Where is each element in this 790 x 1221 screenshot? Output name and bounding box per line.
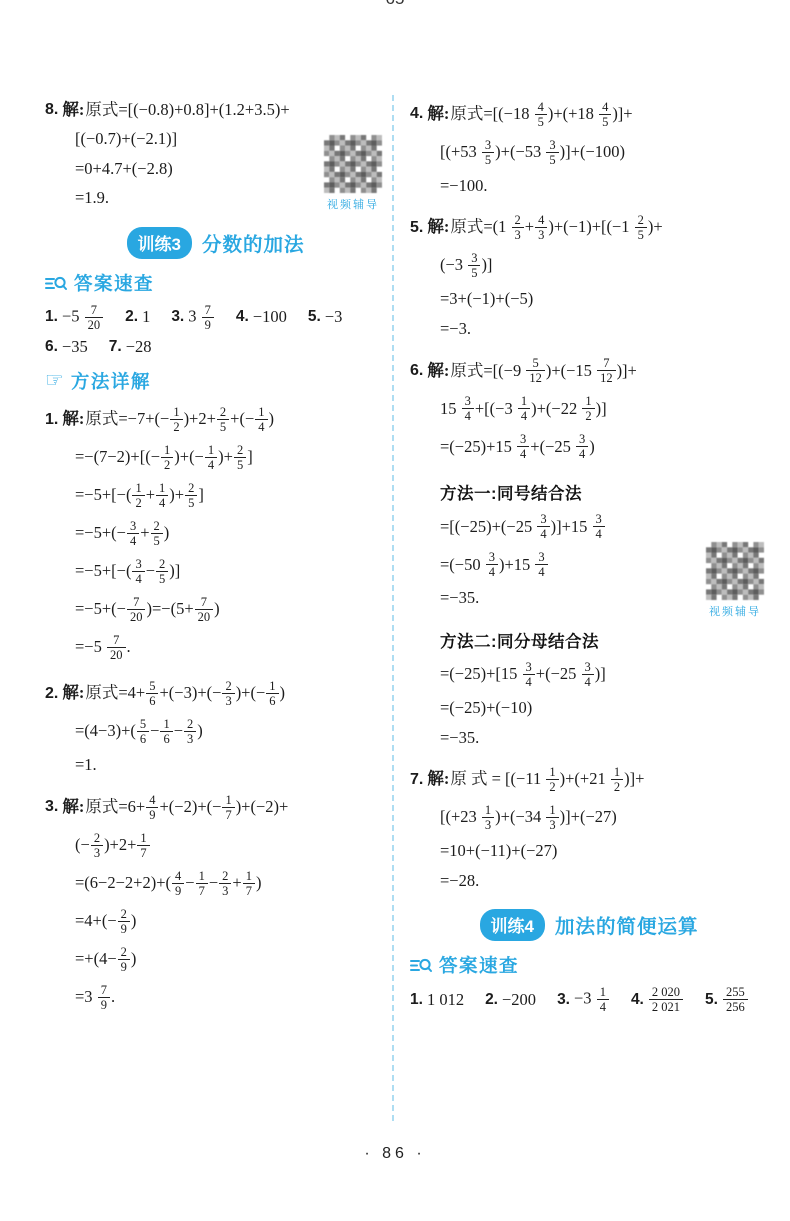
math-line: (−23)+2+17	[45, 826, 386, 864]
answer-number: 3.	[171, 308, 184, 326]
math-line: =3 79.	[45, 978, 386, 1016]
problem-solution: 3.解:原式=6+49+(−2)+(−17)+(−2)+(−23)+2+17=(…	[45, 788, 386, 1016]
training-header: 训练4加法的简便运算	[410, 909, 768, 941]
fraction: 720	[195, 595, 214, 624]
math-line: =−100.	[410, 171, 768, 201]
section-header: 答案速查	[45, 270, 386, 296]
training-badge: 训练4	[480, 909, 545, 941]
fraction: 56	[137, 717, 149, 746]
fraction: 17	[243, 869, 255, 898]
fraction: 25	[185, 481, 197, 510]
qr-code-image	[706, 542, 764, 600]
math-line: 3.解:原式=6+49+(−2)+(−17)+(−2)+	[45, 788, 386, 826]
answer-item: 6.−35	[45, 337, 88, 357]
answer-item: 3.3 79	[171, 303, 215, 332]
fraction: 720	[127, 595, 146, 624]
fraction: 79	[98, 983, 110, 1012]
answer-number: 7.	[109, 338, 122, 356]
fraction: 13	[482, 803, 494, 832]
column-divider	[392, 95, 394, 1121]
fraction: 43	[535, 213, 547, 242]
fraction: 34	[593, 512, 605, 541]
training-title: 加法的简便运算	[555, 911, 699, 939]
fraction: 13	[546, 803, 558, 832]
solution-label: 解:	[62, 100, 84, 121]
fraction: 35	[482, 138, 494, 167]
math-line: 7.解:原 式 = [(−11 12)+(+21 12)]+	[410, 761, 768, 799]
qr-code: 视频辅导	[322, 135, 384, 212]
fraction: 23	[222, 679, 234, 708]
problem-solution: 7.解:原 式 = [(−11 12)+(+21 12)]+[(+23 13)+…	[410, 761, 768, 896]
answer-item: 5.−3	[308, 307, 343, 327]
answer-item: 7.−28	[109, 337, 152, 357]
problem-number: 3.	[45, 797, 58, 817]
fraction: 56	[146, 679, 158, 708]
math-line: =−3.	[410, 314, 768, 344]
fraction: 23	[219, 869, 231, 898]
fraction: 34	[582, 660, 594, 689]
fraction: 17	[137, 831, 149, 860]
answer-value: 2 0202 021	[648, 985, 684, 1014]
math-line: 15 34+[(−3 14)+(−22 12)]	[410, 390, 768, 428]
solution-label: 解:	[427, 217, 449, 238]
math-line: 2.解:原式=4+56+(−3)+(−23)+(−16)	[45, 675, 386, 713]
math-line: =(6−2−2+2)+(49−17−23+17)	[45, 864, 386, 902]
answer-number: 2.	[485, 991, 498, 1009]
math-line: (−3 35)]	[410, 247, 768, 285]
section-header: 答案速查	[410, 952, 768, 978]
fraction: 34	[576, 432, 588, 461]
math-line: =−5+[−(12+14)+25]	[45, 477, 386, 515]
fraction: 12	[582, 394, 594, 423]
solution-label: 解:	[427, 769, 449, 790]
answers-row: 1.1 0122.−2003.−3 144.2 0202 0215.255256	[410, 985, 768, 1014]
fraction: 14	[597, 985, 609, 1014]
answer-value: −35	[62, 337, 88, 357]
fraction: 25	[156, 557, 168, 586]
left-column: 8.解:原式=[(−0.8)+0.8]+(1.2+3.5)+[(−0.7)+(−…	[45, 95, 386, 1121]
answers-row: 1.−5 7202.13.3 794.−1005.−3	[45, 303, 386, 332]
answer-number: 2.	[125, 308, 138, 326]
answer-value: −5 720	[62, 303, 104, 332]
math-line: 8.解:原式=[(−0.8)+0.8]+(1.2+3.5)+	[45, 95, 386, 125]
solution-continuation: =[(−25)+(−25 34)]+15 34=(−50 34)+15 34=−…	[410, 508, 768, 614]
fraction: 29	[118, 945, 130, 974]
math-line: =−35.	[410, 723, 768, 753]
math-line: =−5+(−34+25)	[45, 515, 386, 553]
fraction: 35	[468, 251, 480, 280]
math-line: =(4−3)+(56−16−23)	[45, 713, 386, 751]
answer-item: 3.−3 14	[557, 985, 610, 1014]
answer-value: 1 012	[427, 990, 464, 1010]
right-column: 4.解:原式=[(−18 45)+(+18 45)]+[(+53 35)+(−5…	[396, 95, 768, 1121]
solution-label: 解:	[62, 683, 84, 704]
hand-icon: ☞	[45, 370, 64, 391]
answer-number: 4.	[631, 991, 644, 1009]
method-label: 方法一:同号结合法	[410, 474, 768, 508]
math-line: =[(−25)+(−25 34)]+15 34	[410, 508, 768, 546]
qr-code: 视频辅导	[704, 542, 766, 619]
fraction: 45	[599, 100, 611, 129]
fraction: 12	[546, 765, 558, 794]
answer-number: 5.	[308, 308, 321, 326]
answer-value: −100	[253, 307, 287, 327]
math-line: 6.解:原式=[(−9 512)+(−15 712)]+	[410, 352, 768, 390]
fraction: 12	[170, 405, 182, 434]
search-icon	[45, 274, 67, 292]
section-title: 答案速查	[74, 270, 154, 296]
fraction: 720	[107, 633, 126, 662]
fraction: 14	[518, 394, 530, 423]
qr-code-image	[324, 135, 382, 193]
fraction: 49	[146, 793, 158, 822]
answer-item: 5.255256	[705, 985, 749, 1014]
math-line: =−5 720.	[45, 629, 386, 667]
fraction: 34	[486, 550, 498, 579]
answer-value: −3 14	[574, 985, 610, 1014]
math-line: 1.解:原式=−7+(−12)+2+25+(−14)	[45, 401, 386, 439]
solution-continuation: =(−25)+[15 34+(−25 34)]=(−25)+(−10)=−35.	[410, 656, 768, 753]
math-line: =10+(−11)+(−27)	[410, 837, 768, 867]
fraction: 34	[537, 512, 549, 541]
math-line: 5.解:原式=(1 23+43)+(−1)+[(−1 25)+	[410, 209, 768, 247]
math-line: =−28.	[410, 866, 768, 896]
fraction: 25	[151, 519, 163, 548]
answer-value: −28	[126, 337, 152, 357]
fraction: 29	[118, 907, 130, 936]
fraction: 17	[222, 793, 234, 822]
fraction: 79	[202, 303, 214, 332]
search-icon	[410, 956, 432, 974]
fraction: 14	[205, 443, 217, 472]
fraction: 34	[127, 519, 139, 548]
qr-code-label: 视频辅导	[322, 196, 384, 212]
math-line: =−5+(−720)=−(5+720)	[45, 591, 386, 629]
answer-item: 2.−200	[485, 990, 536, 1010]
fraction: 25	[234, 443, 246, 472]
solution-label: 解:	[427, 104, 449, 125]
problem-solution: 4.解:原式=[(−18 45)+(+18 45)]+[(+53 35)+(−5…	[410, 95, 768, 201]
problem-number: 4.	[410, 104, 423, 124]
fraction: 16	[266, 679, 278, 708]
math-line: =(−25)+[15 34+(−25 34)]	[410, 656, 768, 694]
answer-value: 1	[142, 307, 150, 327]
answer-value: 255256	[722, 985, 749, 1014]
answer-number: 6.	[45, 338, 58, 356]
math-line: =−(7−2)+[(−12)+(−14)+25]	[45, 439, 386, 477]
fraction: 34	[523, 660, 535, 689]
method-label: 方法二:同分母结合法	[410, 622, 768, 656]
math-line: =(−25)+(−10)	[410, 694, 768, 724]
math-line: =4+(−29)	[45, 902, 386, 940]
answer-item: 4.−100	[236, 307, 287, 327]
fraction: 23	[512, 213, 524, 242]
problem-number: 5.	[410, 218, 423, 238]
answer-value: 3 79	[188, 303, 215, 332]
fraction: 34	[517, 432, 529, 461]
math-line: =(−25)+15 34+(−25 34)	[410, 428, 768, 466]
problem-solution: 2.解:原式=4+56+(−3)+(−23)+(−16)=(4−3)+(56−1…	[45, 675, 386, 781]
training-header: 训练3分数的加法	[45, 227, 386, 259]
fraction: 35	[546, 138, 558, 167]
answer-item: 4.2 0202 021	[631, 985, 684, 1014]
answer-number: 4.	[236, 308, 249, 326]
answer-item: 1.−5 720	[45, 303, 104, 332]
problem-solution: 6.解:原式=[(−9 512)+(−15 712)]+15 34+[(−3 1…	[410, 352, 768, 466]
answers-row: 6.−357.−28	[45, 337, 386, 357]
math-line: [(+53 35)+(−53 35)]+(−100)	[410, 133, 768, 171]
solution-label: 解:	[427, 361, 449, 382]
two-column-layout: 8.解:原式=[(−0.8)+0.8]+(1.2+3.5)+[(−0.7)+(−…	[45, 95, 768, 1121]
fraction: 25	[635, 213, 647, 242]
fraction: 2 0202 021	[649, 985, 683, 1014]
problem-number: 1.	[45, 410, 58, 430]
fraction: 12	[161, 443, 173, 472]
math-line: [(+23 13)+(−34 13)]+(−27)	[410, 799, 768, 837]
problem-solution: 8.解:原式=[(−0.8)+0.8]+(1.2+3.5)+[(−0.7)+(−…	[45, 95, 386, 214]
fraction: 34	[462, 394, 474, 423]
fraction: 14	[156, 481, 168, 510]
fraction: 16	[160, 717, 172, 746]
fraction: 17	[196, 869, 208, 898]
fraction: 12	[132, 481, 144, 510]
problem-number: 8.	[45, 100, 58, 120]
solution-label: 解:	[62, 409, 84, 430]
page-number: · 86 ·	[0, 1145, 790, 1163]
math-line: =+(4−29)	[45, 940, 386, 978]
answer-value: −3	[325, 307, 343, 327]
fraction: 23	[184, 717, 196, 746]
fraction: 512	[526, 356, 545, 385]
answer-number: 1.	[410, 991, 423, 1009]
math-line: 4.解:原式=[(−18 45)+(+18 45)]+	[410, 95, 768, 133]
training-badge: 训练3	[127, 227, 192, 259]
fraction: 14	[255, 405, 267, 434]
problem-solution: 1.解:原式=−7+(−12)+2+25+(−14)=−(7−2)+[(−12)…	[45, 401, 386, 667]
answer-value: −200	[502, 990, 536, 1010]
answer-number: 1.	[45, 308, 58, 326]
answer-item: 1.1 012	[410, 990, 464, 1010]
qr-code-label: 视频辅导	[704, 603, 766, 619]
problem-number: 6.	[410, 361, 423, 381]
fraction: 45	[535, 100, 547, 129]
answer-number: 5.	[705, 991, 718, 1009]
fraction: 49	[172, 869, 184, 898]
fraction: 25	[217, 405, 229, 434]
training-title: 分数的加法	[202, 229, 305, 257]
answer-item: 2.1	[125, 307, 150, 327]
fraction: 23	[91, 831, 103, 860]
problem-solution: 5.解:原式=(1 23+43)+(−1)+[(−1 25)+(−3 35)]=…	[410, 209, 768, 344]
section-title: 方法详解	[71, 368, 151, 394]
section-header: ☞方法详解	[45, 368, 386, 394]
problem-number: 7.	[410, 770, 423, 790]
section-title: 答案速查	[439, 952, 519, 978]
math-line: =−5+[−(34−25)]	[45, 553, 386, 591]
fraction: 34	[535, 550, 547, 579]
workbook-page: 65 8.解:原式=[(−0.8)+0.8]+(1.2+3.5)+[(−0.7)…	[0, 0, 790, 1221]
fraction: 712	[597, 356, 616, 385]
math-line: =3+(−1)+(−5)	[410, 285, 768, 315]
math-line: =1.	[45, 751, 386, 781]
answer-number: 3.	[557, 991, 570, 1009]
top-page-artifact: 65	[0, 0, 790, 9]
fraction: 255256	[723, 985, 748, 1014]
solution-label: 解:	[62, 797, 84, 818]
fraction: 34	[132, 557, 144, 586]
problem-number: 2.	[45, 684, 58, 704]
fraction: 12	[611, 765, 623, 794]
fraction: 720	[85, 303, 104, 332]
